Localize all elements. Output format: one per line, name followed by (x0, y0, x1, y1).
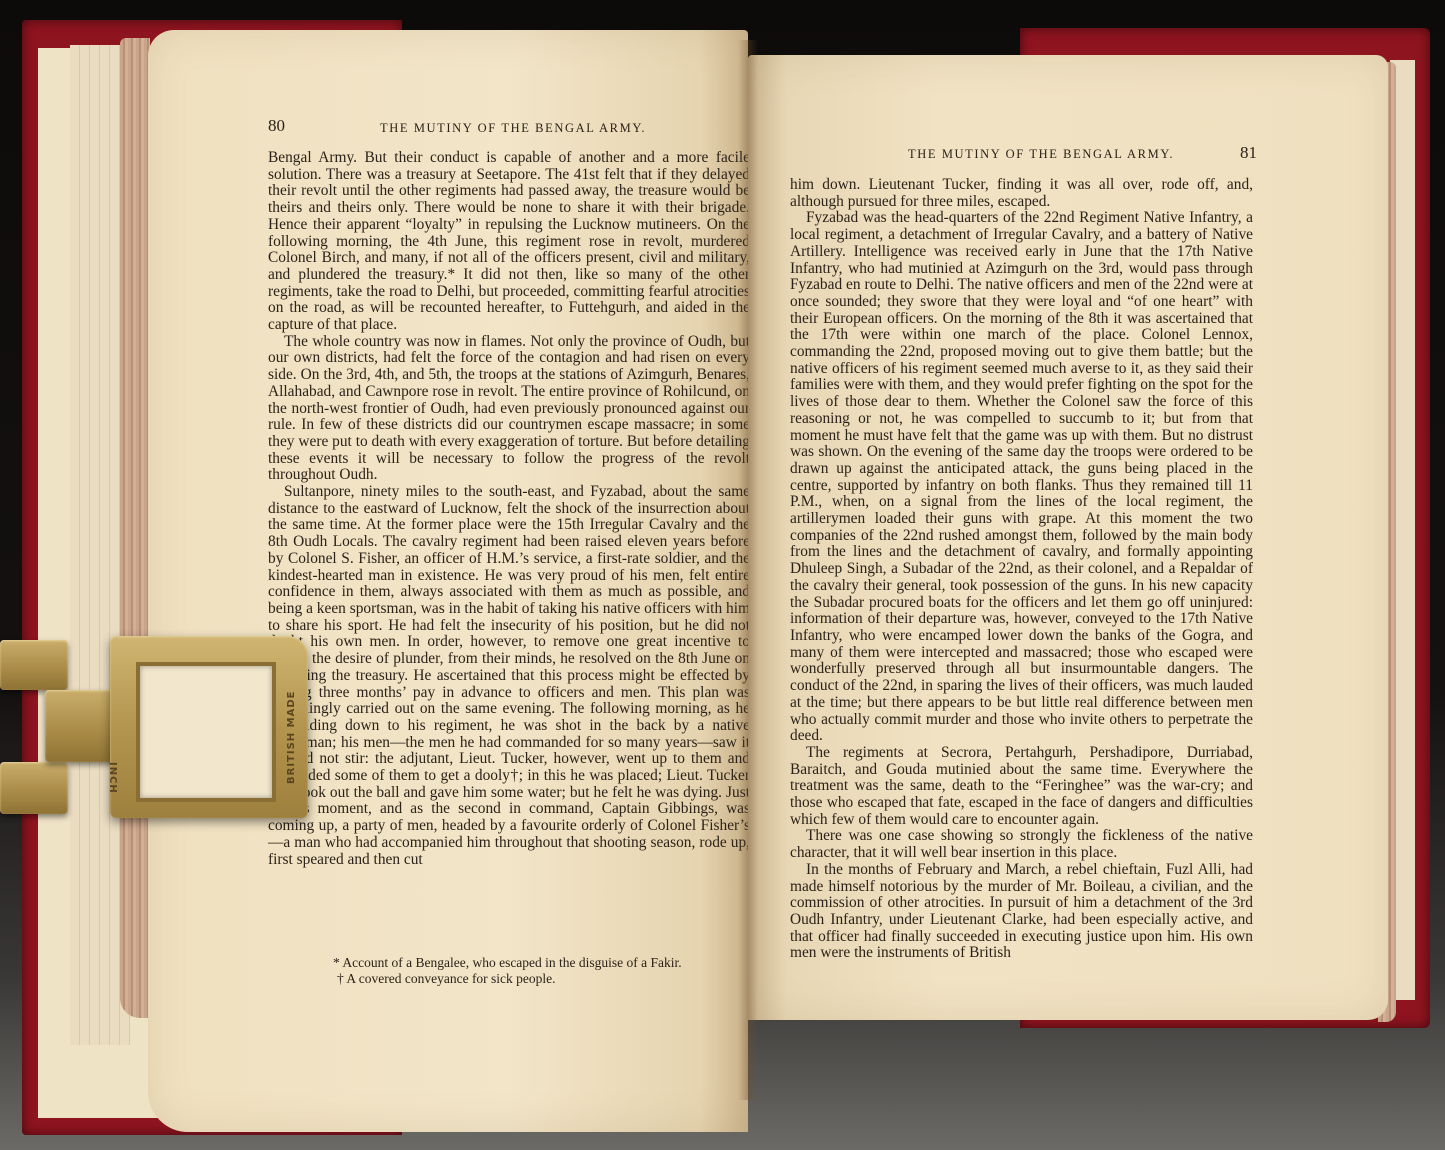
paragraph: Sultanpore, ninety miles to the south-ea… (268, 484, 750, 868)
clip-window (136, 662, 276, 802)
paragraph: There was one case showing so strongly t… (790, 828, 1253, 861)
clip-stamp-inch: INCH (107, 762, 118, 794)
body-text: him down. Lieutenant Tucker, finding it … (790, 177, 1253, 962)
clip-stamp-british-made: BRITISH MADE (286, 691, 297, 784)
footnote: * Account of a Bengalee, who escaped in … (333, 955, 682, 971)
paragraph: The whole country was now in flames. Not… (268, 334, 750, 484)
footnote: † A covered conveyance for sick people. (333, 971, 682, 987)
clip-hinge-top (0, 640, 68, 690)
paragraph: The regiments at Secrora, Pertahgurh, Pe… (790, 745, 1253, 829)
page-number: 80 (268, 116, 285, 136)
paragraph: In the months of February and March, a r… (790, 862, 1253, 962)
book-gutter (738, 40, 758, 1100)
body-text: Bengal Army. But their conduct is capabl… (268, 150, 750, 868)
clip-hinge-bottom (0, 762, 68, 814)
running-head: THE MUTINY OF THE BENGAL ARMY. (380, 121, 646, 136)
brass-page-clip: BRITISH MADE INCH (0, 634, 310, 819)
paragraph: Fyzabad was the head-quarters of the 22n… (790, 210, 1253, 745)
left-page: 80 THE MUTINY OF THE BENGAL ARMY. Bengal… (148, 30, 748, 1132)
running-head: THE MUTINY OF THE BENGAL ARMY. (908, 147, 1174, 162)
right-page: THE MUTINY OF THE BENGAL ARMY. 81 him do… (748, 55, 1388, 1020)
page-number: 81 (1240, 143, 1257, 163)
paragraph: Bengal Army. But their conduct is capabl… (268, 150, 750, 334)
footnotes: * Account of a Bengalee, who escaped in … (333, 955, 682, 987)
fore-edge-left (120, 38, 150, 1018)
paragraph: him down. Lieutenant Tucker, finding it … (790, 177, 1253, 210)
